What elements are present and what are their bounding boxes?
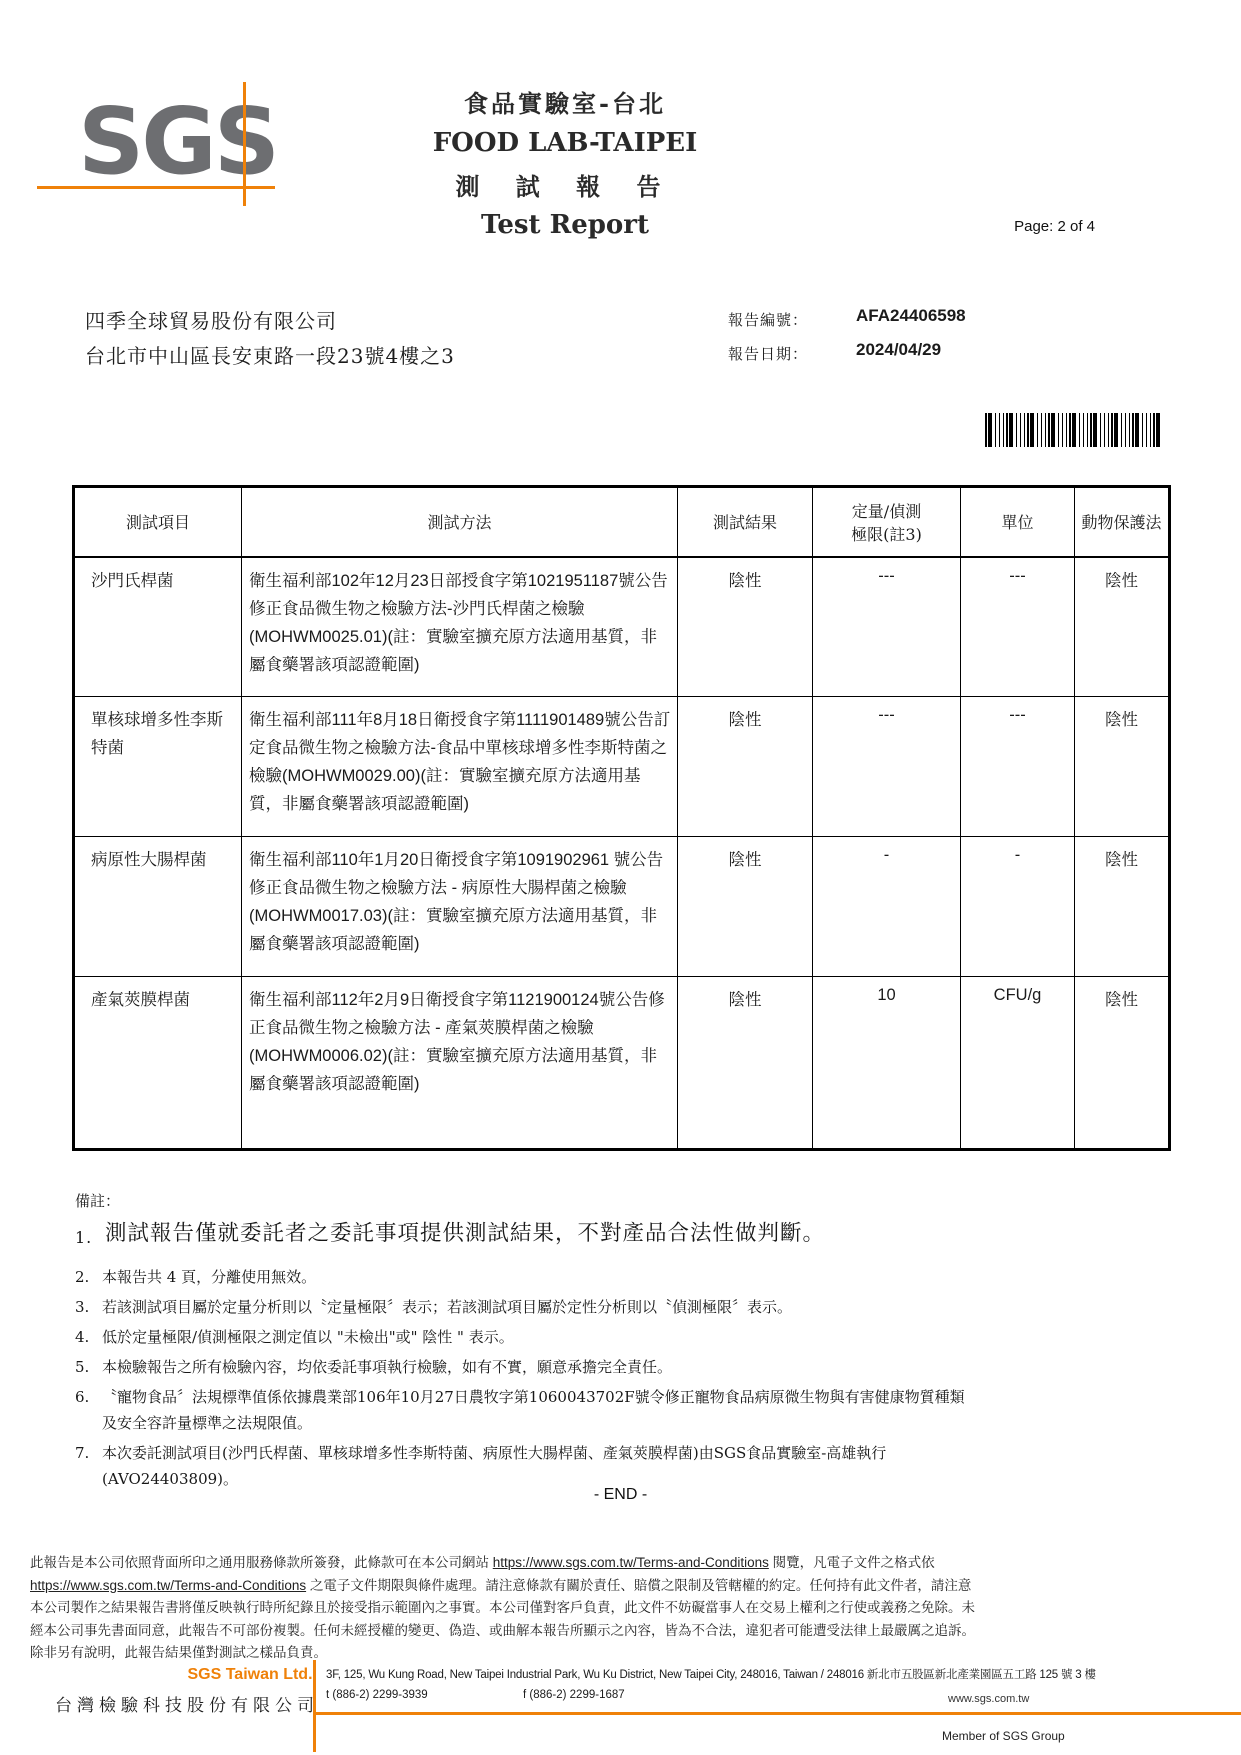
note-item-3: 3. 若該測試項目屬於定量分析則以〝定量極限〞表示；若該測試項目屬於定性分析則以… — [75, 1294, 1185, 1320]
report-title-en: Test Report — [330, 210, 800, 240]
barcode — [985, 413, 1161, 447]
col-header-test-item: 測試項目 — [74, 487, 242, 557]
legal-line-5: 除非另有說明，此報告結果僅對測試之樣品負責。 — [30, 1642, 1216, 1665]
animal-protection-result: 陰性 — [1075, 977, 1170, 1150]
report-no-value: AFA24406598 — [856, 306, 966, 326]
legal-text-segment: 此報告是本公司依照背面所印之通用服務條款所簽發，此條款可在本公司網站 — [30, 1555, 493, 1570]
test-item: 病原性大腸桿菌 — [74, 837, 242, 977]
legal-line-2: https://www.sgs.com.tw/Terms-and-Conditi… — [30, 1575, 1216, 1598]
detection-limit: - — [813, 837, 961, 977]
company-fax: f (886-2) 2299-1687 — [523, 1689, 625, 1701]
company-tel: t (886-2) 2299-3939 — [326, 1689, 428, 1701]
report-title-block: 食品實驗室-台北 FOOD LAB-TAIPEI 測 試 報 告 Test Re… — [330, 84, 800, 240]
note-text: 本檢驗報告之所有檢驗內容，均依委託事項執行檢驗，如有不實，願意承擔完全責任。 — [102, 1354, 1185, 1380]
unit: CFU/g — [961, 977, 1075, 1150]
note-number: 6. — [75, 1384, 102, 1436]
animal-protection-result: 陰性 — [1075, 837, 1170, 977]
notes-section: 備註： 1. 測試報告僅就委託者之委託事項提供測試結果，不對產品合法性做判斷。 … — [75, 1190, 1185, 1492]
note-item-1: 1. 測試報告僅就委託者之委託事項提供測試結果，不對產品合法性做判斷。 — [75, 1218, 1185, 1254]
test-result: 陰性 — [678, 557, 813, 697]
note-text: 本次委託測試項目(沙門氏桿菌、單核球增多性李斯特菌、病原性大腸桿菌、產氣莢膜桿菌… — [102, 1440, 1185, 1492]
detection-limit: 10 — [813, 977, 961, 1150]
test-item: 沙門氏桿菌 — [74, 557, 242, 697]
footer-orange-vline — [313, 1660, 316, 1752]
report-no-label: 報告編號： — [728, 309, 808, 330]
member-of-sgs-group: Member of SGS Group — [942, 1729, 1065, 1743]
table-row: 單核球增多性李斯特菌 衛生福利部111年8月18日衛授食字第1111901489… — [74, 697, 1170, 837]
test-result: 陰性 — [678, 837, 813, 977]
note-item-7: 7. 本次委託測試項目(沙門氏桿菌、單核球增多性李斯特菌、病原性大腸桿菌、產氣莢… — [75, 1440, 1185, 1492]
col-header-limit: 定量/偵測 極限(註3) — [813, 487, 961, 557]
test-item: 產氣莢膜桿菌 — [74, 977, 242, 1150]
note-number: 7. — [75, 1440, 102, 1492]
legal-text-segment: 閱覽，凡電子文件之格式依 — [769, 1555, 935, 1570]
terms-link[interactable]: https://www.sgs.com.tw/Terms-and-Conditi… — [493, 1555, 769, 1570]
sgs-logo: SGS — [78, 96, 277, 188]
test-method: 衛生福利部110年1月20日衛授食字第1091902961 號公告修正食品微生物… — [242, 837, 678, 977]
legal-text: 此報告是本公司依照背面所印之通用服務條款所簽發，此條款可在本公司網站 https… — [30, 1552, 1216, 1665]
col-header-unit: 單位 — [961, 487, 1075, 557]
test-report-page: SGS 食品實驗室-台北 FOOD LAB-TAIPEI 測 試 報 告 Tes… — [0, 0, 1241, 1755]
note-item-4: 4. 低於定量極限/偵測極限之測定值以 "未檢出"或" 陰性 " 表示。 — [75, 1324, 1185, 1350]
report-date-label: 報告日期： — [728, 343, 808, 364]
col-header-animal-protection: 動物保護法 — [1075, 487, 1170, 557]
legal-line-1: 此報告是本公司依照背面所印之通用服務條款所簽發，此條款可在本公司網站 https… — [30, 1552, 1216, 1575]
logo-orange-hline — [37, 186, 275, 189]
note-number: 4. — [75, 1324, 102, 1350]
note-number: 3. — [75, 1294, 102, 1320]
animal-protection-result: 陰性 — [1075, 697, 1170, 837]
client-name: 四季全球貿易股份有限公司 — [85, 305, 337, 334]
table-row: 沙門氏桿菌 衛生福利部102年12月23日部授食字第1021951187號公告修… — [74, 557, 1170, 697]
table-header-row: 測試項目 測試方法 測試結果 定量/偵測 極限(註3) 單位 動物保護法 — [74, 487, 1170, 557]
note-number: 2. — [75, 1264, 102, 1290]
company-name-en: SGS Taiwan Ltd. — [180, 1666, 320, 1684]
table-row: 產氣莢膜桿菌 衛生福利部112年2月9日衛授食字第1121900124號公告修正… — [74, 977, 1170, 1150]
results-table: 測試項目 測試方法 測試結果 定量/偵測 極限(註3) 單位 動物保護法 沙門氏… — [72, 485, 1171, 1151]
table-row: 病原性大腸桿菌 衛生福利部110年1月20日衛授食字第1091902961 號公… — [74, 837, 1170, 977]
note-item-5: 5. 本檢驗報告之所有檢驗內容，均依委託事項執行檢驗，如有不實，願意承擔完全責任… — [75, 1354, 1185, 1380]
detection-limit: --- — [813, 697, 961, 837]
legal-line-3: 本公司製作之結果報告書將僅反映執行時所紀錄且於接受指示範圍內之事實。本公司僅對客… — [30, 1597, 1216, 1620]
col-header-test-method: 測試方法 — [242, 487, 678, 557]
test-result: 陰性 — [678, 977, 813, 1150]
note-number: 1. — [75, 1218, 105, 1254]
test-method: 衛生福利部102年12月23日部授食字第1021951187號公告修正食品微生物… — [242, 557, 678, 697]
test-result: 陰性 — [678, 697, 813, 837]
note-number: 5. — [75, 1354, 102, 1380]
lab-title-zh: 食品實驗室-台北 — [330, 84, 800, 119]
client-address: 台北市中山區長安東路一段23號4樓之3 — [85, 340, 455, 369]
terms-link[interactable]: https://www.sgs.com.tw/Terms-and-Conditi… — [30, 1578, 306, 1593]
report-date-value: 2024/04/29 — [856, 340, 941, 360]
company-name-zh: 台灣檢驗科技股份有限公司 — [55, 1691, 319, 1716]
unit: --- — [961, 557, 1075, 697]
test-method: 衛生福利部111年8月18日衛授食字第1111901489號公告訂定食品微生物之… — [242, 697, 678, 837]
detection-limit: --- — [813, 557, 961, 697]
company-website-link[interactable]: www.sgs.com.tw — [948, 1693, 1029, 1705]
note-text: 若該測試項目屬於定量分析則以〝定量極限〞表示；若該測試項目屬於定性分析則以〝偵測… — [102, 1294, 1185, 1320]
page-number: Page: 2 of 4 — [1014, 218, 1095, 235]
lab-title-en: FOOD LAB-TAIPEI — [330, 128, 800, 158]
unit: - — [961, 837, 1075, 977]
note-item-6: 6. 〝寵物食品〞法規標準值係依據農業部106年10月27日農牧字第106004… — [75, 1384, 1185, 1436]
report-title-zh: 測 試 報 告 — [330, 167, 800, 202]
legal-text-segment: 之電子文件期限與條件處理。請注意條款有關於責任、賠償之限制及管轄權的約定。任何持… — [306, 1578, 971, 1593]
test-item: 單核球增多性李斯特菌 — [74, 697, 242, 837]
note-text: 低於定量極限/偵測極限之測定值以 "未檢出"或" 陰性 " 表示。 — [102, 1324, 1185, 1350]
unit: --- — [961, 697, 1075, 837]
col-header-test-result: 測試結果 — [678, 487, 813, 557]
legal-line-4: 經本公司事先書面同意，此報告不可部份複製。任何未經授權的變更、偽造、或曲解本報告… — [30, 1620, 1216, 1643]
note-item-2: 2. 本報告共 4 頁，分離使用無效。 — [75, 1264, 1185, 1290]
company-address: 3F, 125, Wu Kung Road, New Taipei Indust… — [326, 1666, 1206, 1682]
notes-title: 備註： — [75, 1190, 1185, 1212]
note-text: 本報告共 4 頁，分離使用無效。 — [102, 1264, 1185, 1290]
note-text: 〝寵物食品〞法規標準值係依據農業部106年10月27日農牧字第106004370… — [102, 1384, 1185, 1436]
footer-orange-hline — [313, 1712, 1241, 1715]
test-method: 衛生福利部112年2月9日衛授食字第1121900124號公告修正食品微生物之檢… — [242, 977, 678, 1150]
end-marker: - END - — [0, 1486, 1241, 1504]
note-text: 測試報告僅就委託者之委託事項提供測試結果，不對產品合法性做判斷。 — [105, 1218, 1185, 1254]
animal-protection-result: 陰性 — [1075, 557, 1170, 697]
